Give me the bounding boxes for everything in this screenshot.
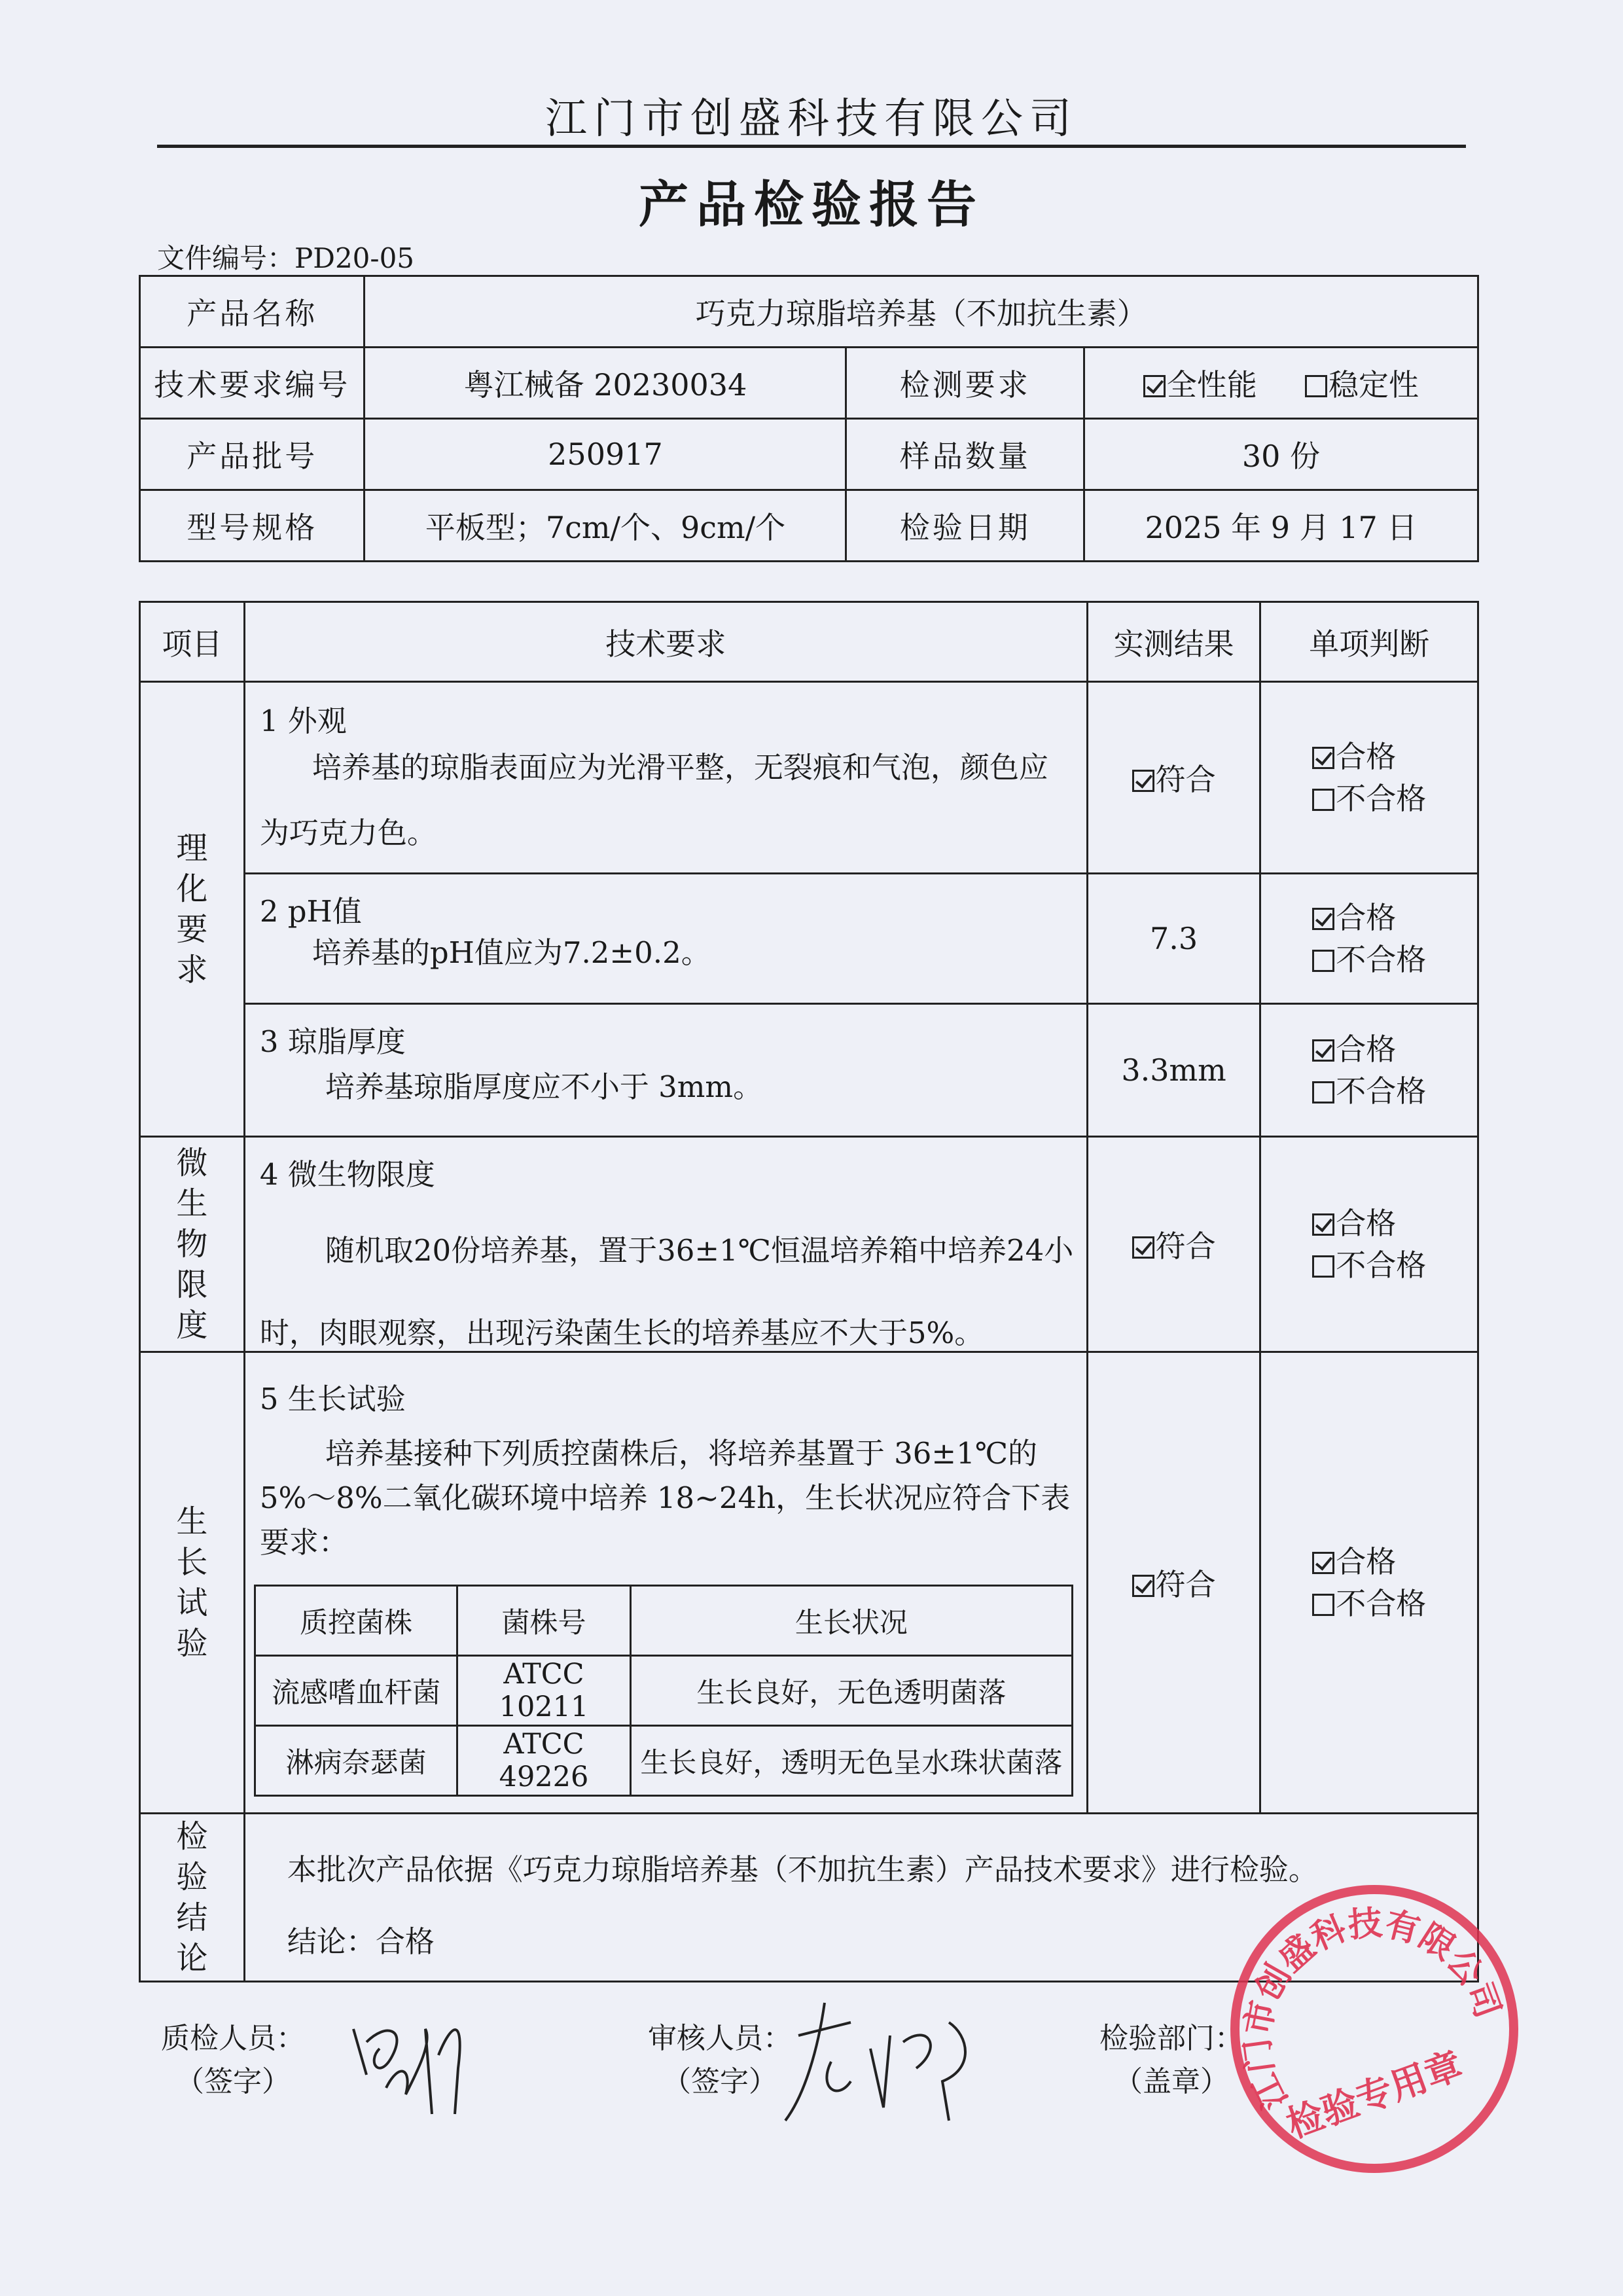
conform-checkbox[interactable] — [1132, 1575, 1154, 1597]
fail-checkbox[interactable] — [1312, 789, 1334, 811]
result-cell: 7.3 — [1087, 874, 1260, 1004]
batch-label: 产品批号 — [140, 419, 365, 490]
requirement-body: 培养基的pH值应为7.2±0.2。 — [260, 920, 1077, 986]
result-cell: 符合 — [1087, 682, 1260, 874]
judge-cell: 合格 不合格 — [1260, 682, 1478, 874]
fail-checkbox[interactable] — [1312, 1081, 1334, 1103]
requirement-cell: 3 琼脂厚度 培养基琼脂厚度应不小于 3mm。 — [244, 1004, 1087, 1137]
result-cell: 符合 — [1087, 1137, 1260, 1352]
table-row: 2 pH值 培养基的pH值应为7.2±0.2。 7.3 合格 不合格 — [140, 874, 1478, 1004]
strain-growth: 生长良好，无色透明菌落 — [630, 1656, 1072, 1726]
fail-label: 不合格 — [1336, 781, 1426, 816]
requirement-cell: 2 pH值 培养基的pH值应为7.2±0.2。 — [244, 874, 1087, 1004]
requirement-cell: 1 外观 培养基的琼脂表面应为光滑平整，无裂痕和气泡，颜色应为巧克力色。 — [244, 682, 1087, 874]
result-value: 符合 — [1156, 762, 1216, 797]
strain-header: 生长状况 — [630, 1586, 1072, 1656]
reviewer-signature-block: 审核人员： （签字） — [648, 2017, 792, 2104]
pass-label: 合格 — [1336, 1206, 1396, 1241]
header-requirement: 技术要求 — [244, 602, 1087, 682]
test-date-label: 检验日期 — [846, 490, 1084, 562]
requirement-body: 培养基的琼脂表面应为光滑平整，无裂痕和气泡，颜色应为巧克力色。 — [260, 735, 1077, 866]
header-judgement: 单项判断 — [1260, 602, 1478, 682]
product-name-label: 产品名称 — [140, 276, 365, 348]
fail-label: 不合格 — [1336, 942, 1426, 977]
sample-qty-value: 30 份 — [1084, 419, 1478, 490]
table-row: 微生物限度 4 微生物限度 随机取20份培养基，置于36±1℃恒温培养箱中培养2… — [140, 1137, 1478, 1352]
pass-checkbox[interactable] — [1312, 747, 1334, 769]
qc-signature — [340, 2003, 550, 2121]
batch-value: 250917 — [365, 419, 846, 490]
strain-header: 菌株号 — [457, 1586, 631, 1656]
group-label: 检验结论 — [175, 1816, 208, 1979]
result-value: 符合 — [1156, 1229, 1216, 1264]
strain-header: 质控菌株 — [255, 1586, 457, 1656]
fail-label: 不合格 — [1336, 1073, 1426, 1109]
strain-row: 流感嗜血杆菌 ATCC 10211 生长良好，无色透明菌落 — [255, 1656, 1073, 1726]
qc-signature-block: 质检人员： （签字） — [161, 2017, 305, 2104]
judge-cell: 合格 不合格 — [1260, 1352, 1478, 1814]
model-value: 平板型；7cm/个、9cm/个 — [365, 490, 846, 562]
sample-qty-label: 样品数量 — [846, 419, 1084, 490]
fail-checkbox[interactable] — [1312, 1594, 1334, 1616]
header-divider — [157, 145, 1466, 148]
tech-req-no-label: 技术要求编号 — [140, 348, 365, 419]
product-info-table: 产品名称 巧克力琼脂培养基（不加抗生素） 技术要求编号 粤江械备 2023003… — [139, 275, 1479, 562]
header-item: 项目 — [140, 602, 245, 682]
strain-name: 流感嗜血杆菌 — [255, 1656, 457, 1726]
conform-checkbox[interactable] — [1132, 770, 1154, 792]
header-result: 实测结果 — [1087, 602, 1260, 682]
requirement-title: 1 外观 — [260, 697, 347, 740]
pass-checkbox[interactable] — [1312, 1039, 1334, 1062]
reviewer-signature — [779, 1996, 1027, 2127]
requirement-body: 培养基琼脂厚度应不小于 3mm。 — [260, 1054, 1077, 1120]
company-name: 江门市创盛科技有限公司 — [0, 85, 1623, 145]
result-cell: 3.3mm — [1087, 1004, 1260, 1137]
qc-sub-label: （签字） — [161, 2060, 305, 2104]
fail-checkbox[interactable] — [1312, 950, 1334, 972]
group-growth: 生长试验 — [140, 1352, 245, 1814]
group-physchem: 理化要求 — [140, 682, 245, 1137]
full-performance-label: 全性能 — [1167, 367, 1257, 403]
pass-checkbox[interactable] — [1312, 1213, 1334, 1236]
table-row: 理化要求 1 外观 培养基的琼脂表面应为光滑平整，无裂痕和气泡，颜色应为巧克力色… — [140, 682, 1478, 874]
strain-id: ATCC 49226 — [457, 1726, 631, 1796]
strain-growth: 生长良好，透明无色呈水珠状菌落 — [630, 1726, 1072, 1796]
group-label: 生长试验 — [175, 1501, 208, 1664]
reviewer-sub-label: （签字） — [648, 2060, 792, 2104]
group-label: 理化要求 — [175, 828, 208, 990]
full-performance-checkbox[interactable] — [1143, 375, 1166, 397]
test-req-label: 检测要求 — [846, 348, 1084, 419]
pass-label: 合格 — [1336, 739, 1396, 774]
pass-checkbox[interactable] — [1312, 1552, 1334, 1574]
dept-sub-label: （盖章） — [1099, 2060, 1243, 2104]
group-conclusion: 检验结论 — [140, 1814, 245, 1982]
judge-cell: 合格 不合格 — [1260, 1137, 1478, 1352]
requirement-cell: 4 微生物限度 随机取20份培养基，置于36±1℃恒温培养箱中培养24小时，肉眼… — [244, 1137, 1087, 1352]
requirement-title: 5 生长试验 — [260, 1375, 406, 1418]
strain-table: 质控菌株 菌株号 生长状况 流感嗜血杆菌 ATCC 10211 生长良好，无色透… — [254, 1585, 1073, 1797]
dept-stamp-block: 检验部门： （盖章） — [1099, 2017, 1243, 2104]
pass-label: 合格 — [1336, 1544, 1396, 1579]
requirement-body: 随机取20份培养基，置于36±1℃恒温培养箱中培养24小时，肉眼观察，出现污染菌… — [260, 1210, 1077, 1374]
dept-label: 检验部门： — [1099, 2017, 1243, 2060]
strain-name: 淋病奈瑟菌 — [255, 1726, 457, 1796]
pass-checkbox[interactable] — [1312, 908, 1334, 930]
stability-label: 稳定性 — [1329, 367, 1419, 403]
svg-text:检验专用章: 检验专用章 — [1281, 2044, 1468, 2147]
doc-number: 文件编号：PD20-05 — [157, 237, 414, 276]
result-cell: 符合 — [1087, 1352, 1260, 1814]
stability-checkbox[interactable] — [1305, 375, 1327, 397]
requirement-title: 4 微生物限度 — [260, 1151, 435, 1193]
strain-id: ATCC 10211 — [457, 1656, 631, 1726]
doc-number-value: PD20-05 — [294, 242, 414, 274]
strain-row: 淋病奈瑟菌 ATCC 49226 生长良好，透明无色呈水珠状菌落 — [255, 1726, 1073, 1796]
qc-label: 质检人员： — [161, 2017, 305, 2060]
doc-number-label: 文件编号： — [157, 242, 294, 274]
product-name-value: 巧克力琼脂培养基（不加抗生素） — [365, 276, 1478, 348]
pass-label: 合格 — [1336, 1031, 1396, 1067]
judge-cell: 合格 不合格 — [1260, 874, 1478, 1004]
result-value: 符合 — [1156, 1567, 1216, 1602]
test-date-value: 2025 年 9 月 17 日 — [1084, 490, 1478, 562]
fail-checkbox[interactable] — [1312, 1255, 1334, 1278]
test-req-options: 全性能 稳定性 — [1084, 348, 1478, 419]
requirement-body: 培养基接种下列质控菌株后，将培养基置于 36±1℃的 5%～8%二氧化碳环境中培… — [260, 1431, 1077, 1565]
group-microbial: 微生物限度 — [140, 1137, 245, 1352]
group-label: 微生物限度 — [175, 1143, 208, 1346]
pass-label: 合格 — [1336, 900, 1396, 935]
report-title: 产品检验报告 — [0, 165, 1623, 236]
conform-checkbox[interactable] — [1132, 1236, 1154, 1259]
fail-label: 不合格 — [1336, 1247, 1426, 1283]
table-row: 3 琼脂厚度 培养基琼脂厚度应不小于 3mm。 3.3mm 合格 不合格 — [140, 1004, 1478, 1137]
model-label: 型号规格 — [140, 490, 365, 562]
reviewer-label: 审核人员： — [648, 2017, 792, 2060]
judge-cell: 合格 不合格 — [1260, 1004, 1478, 1137]
seal-text: 江门市创盛科技有限公司 检验专用章 — [1230, 1885, 1518, 2173]
tech-req-no-value: 粤江械备 20230034 — [365, 348, 846, 419]
fail-label: 不合格 — [1336, 1586, 1426, 1621]
